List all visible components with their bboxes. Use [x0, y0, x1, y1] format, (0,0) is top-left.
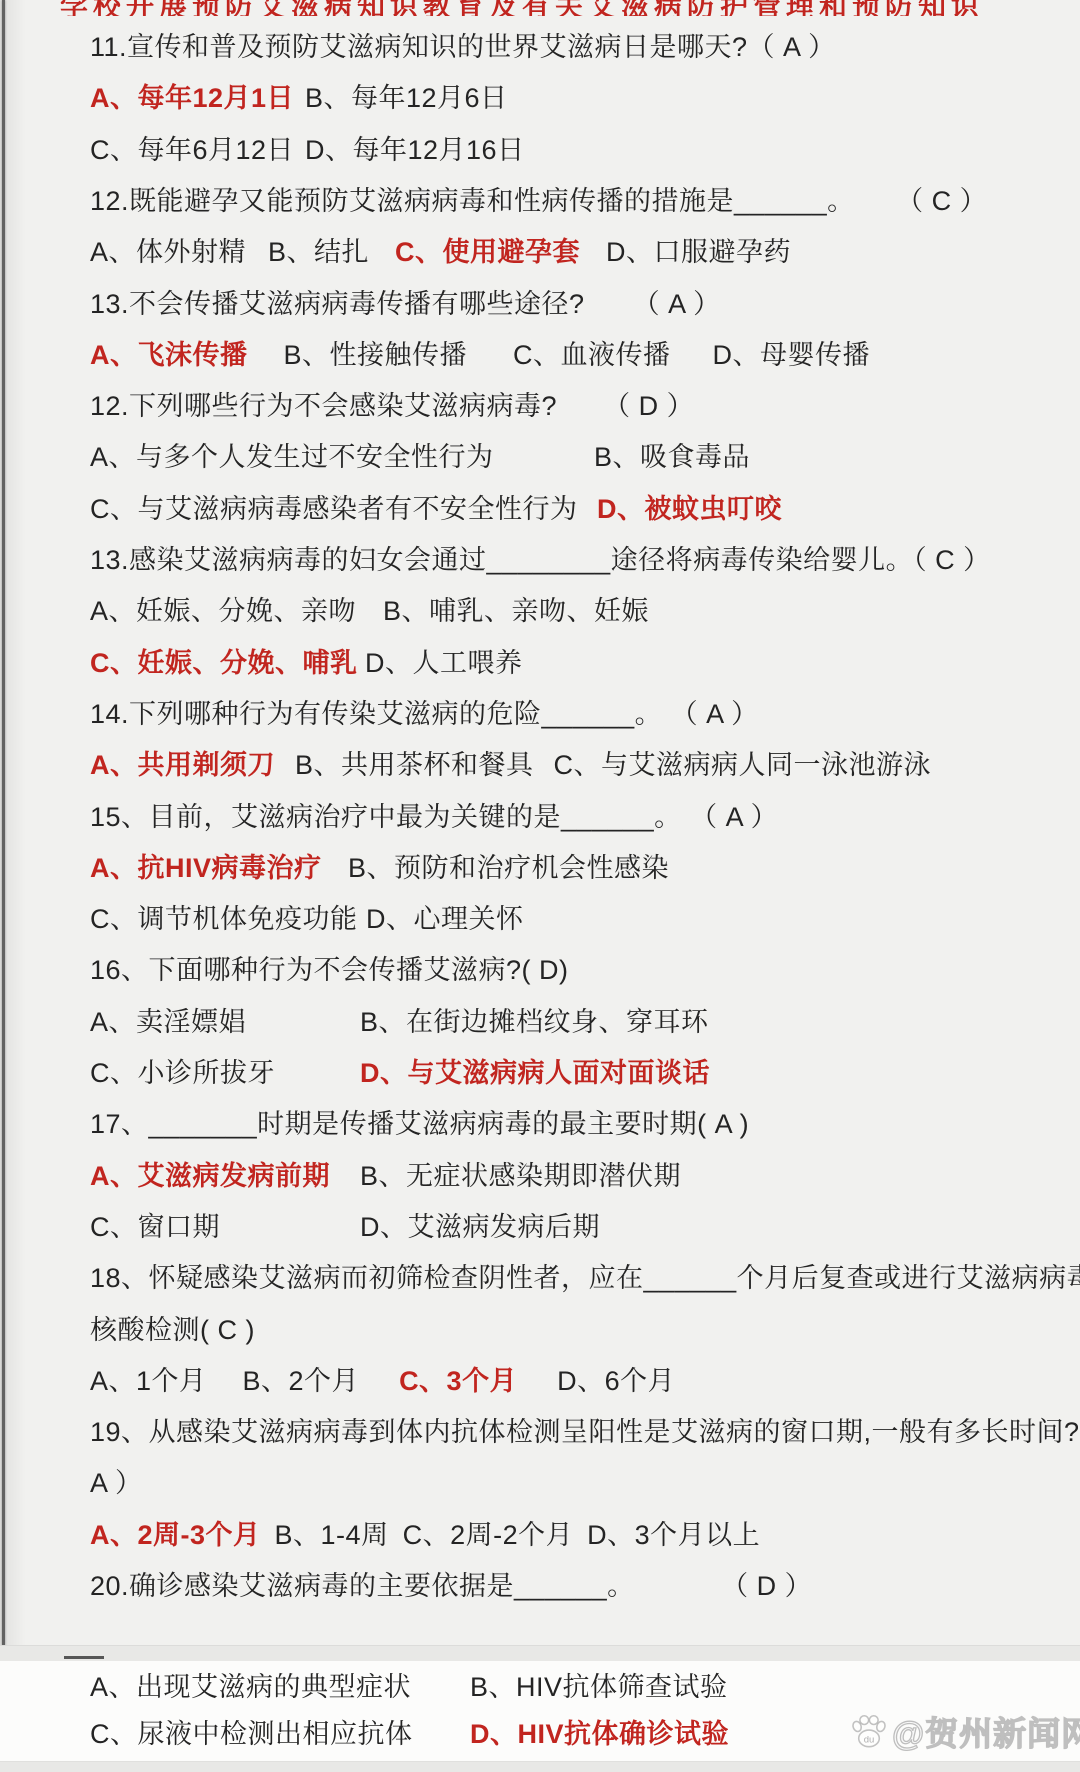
question-option-text: A ） — [90, 1468, 143, 1498]
question-15: 15、目前，艾滋病治疗中最为关键的是______。（ A ） — [90, 801, 1080, 834]
question-option-text: 11.宣传和普及预防艾滋病知识的世界艾滋病日是哪天?（ A ） — [90, 32, 836, 62]
question-19-line1: 19、从感染艾滋病病毒到体内抗体检测呈阳性是艾滋病的窗口期,一般有多长时间?（ — [90, 1416, 1080, 1449]
column-2: D、与艾滋病病人面对面谈话 — [360, 1057, 710, 1090]
question-option-text: A、出现艾滋病的典型症状 — [90, 1672, 411, 1702]
column-1: C、小诊所拔牙 — [90, 1057, 275, 1090]
question-option-text: 14.下列哪种行为有传染艾滋病的危险______。 — [90, 699, 662, 729]
question-option-text: 13.不会传播艾滋病病毒传播有哪些途径? — [90, 289, 585, 319]
bottom-band — [0, 1761, 1080, 1772]
column-1: C、妊娠、分娩、哺乳 — [90, 647, 358, 680]
question-option-text: （ D ） — [603, 391, 694, 421]
question-option-text: C、与艾滋病病人同一泳池游泳 — [554, 750, 932, 780]
answer-text-red: A、每年12月1日 — [90, 83, 294, 113]
question-option-text: C、血液传播 — [513, 340, 671, 370]
question-12b: 12.下列哪些行为不会感染艾滋病病毒?（ D ） — [90, 390, 1080, 423]
q16-options-ab: A、卖淫嫖娼B、在街边摊档纹身、穿耳环 — [90, 1006, 1080, 1039]
question-option-text: 18、怀疑感染艾滋病而初筛检查阴性者，应在______个月后复查或进行艾滋病病毒 — [90, 1263, 1080, 1293]
question-option-text: A、1个月 — [90, 1366, 207, 1396]
q20-options-ab: A、出现艾滋病的典型症状B、HIV抗体筛查试验 — [90, 1671, 1080, 1704]
question-option-text: （ A ） — [704, 802, 779, 832]
column-2: B、哺乳、亲吻、妊娠 — [383, 595, 649, 628]
question-option-text: 20.确诊感染艾滋病毒的主要依据是______。 — [90, 1571, 635, 1601]
question-13: 13.不会传播艾滋病病毒传播有哪些途径?（ A ） — [90, 288, 1080, 321]
column-2: D、人工喂养 — [365, 647, 523, 680]
question-option-text: D、6个月 — [557, 1366, 675, 1396]
question-11: 11.宣传和普及预防艾滋病知识的世界艾滋病日是哪天?（ A ） — [90, 31, 1080, 64]
watermark-text: @贺州新闻网 — [892, 1708, 1080, 1755]
page-break-dash — [64, 1656, 104, 1659]
column-1: C、窗口期 — [90, 1211, 220, 1244]
column-2: D、被蚊虫叮咬 — [597, 493, 782, 526]
column-2: B、预防和治疗机会性感染 — [348, 852, 669, 885]
question-option-text: B、HIV抗体筛查试验 — [470, 1672, 728, 1702]
question-option-text: 15、目前，艾滋病治疗中最为关键的是______。 — [90, 802, 682, 832]
quiz-document-page: 学校开展预防艾滋病知识教育及有关艾滋病防护管理和预防知识 11.宣传和普及预防艾… — [0, 0, 1080, 1772]
question-option-text: A、卖淫嫖娼 — [90, 1007, 246, 1037]
question-option-text: A、体外射精 — [90, 237, 246, 267]
q15-options-ab: A、抗HIV病毒治疗B、预防和治疗机会性感染 — [90, 852, 1080, 885]
column-1: C、调节机体免疫功能 — [90, 903, 358, 936]
column-1: C、尿液中检测出相应抗体 — [90, 1718, 413, 1751]
column-1: A、妊娠、分娩、亲吻 — [90, 595, 356, 628]
question-option-text: （ C ） — [910, 186, 988, 216]
answer-text-red: C、使用避孕套 — [395, 237, 580, 267]
question-option-text: C、窗口期 — [90, 1212, 220, 1242]
answer-text-red: A、共用剃须刀 — [90, 750, 275, 780]
answer-text-red: D、被蚊虫叮咬 — [597, 494, 782, 524]
column-2: B、HIV抗体筛查试验 — [470, 1671, 728, 1704]
question-option-text: B、共用茶杯和餐具 — [295, 750, 534, 780]
column-1: A、艾滋病发病前期 — [90, 1160, 330, 1193]
question-option-text: C、每年6月12日 — [90, 135, 294, 165]
question-option-text: （ A ） — [633, 289, 721, 319]
question-18-line2: 核酸检测( C ) — [90, 1314, 1080, 1347]
column-1: A、与多个人发生过不安全性行为 — [90, 441, 494, 474]
question-option-text: D、心理关怀 — [366, 904, 524, 934]
column-1: A、每年12月1日 — [90, 82, 294, 115]
q14-options: A、共用剃须刀B、共用茶杯和餐具C、与艾滋病病人同一泳池游泳 — [90, 749, 1080, 782]
q16-options-cd: C、小诊所拔牙D、与艾滋病病人面对面谈话 — [90, 1057, 1080, 1090]
question-option-text: B、预防和治疗机会性感染 — [348, 853, 669, 883]
question-18-line1: 18、怀疑感染艾滋病而初筛检查阴性者，应在______个月后复查或进行艾滋病病毒 — [90, 1262, 1080, 1295]
clipped-red-header-line: 学校开展预防艾滋病知识教育及有关艾滋病防护管理和预防知识 — [60, 0, 1060, 16]
question-option-text: C、小诊所拔牙 — [90, 1058, 275, 1088]
q17-options-ab: A、艾滋病发病前期B、无症状感染期即潜伏期 — [90, 1160, 1080, 1193]
question-option-text: C、调节机体免疫功能 — [90, 904, 358, 934]
answer-text-red: A、飞沫传播 — [90, 340, 248, 370]
question-option-text: 12.下列哪些行为不会感染艾滋病病毒? — [90, 391, 557, 421]
answer-text-red: C、3个月 — [399, 1366, 517, 1396]
question-option-text: C、与艾滋病病毒感染者有不安全性行为 — [90, 494, 578, 524]
column-1: C、每年6月12日 — [90, 134, 294, 167]
question-option-text: D、艾滋病发病后期 — [360, 1212, 600, 1242]
question-option-text: D、3个月以上 — [587, 1520, 760, 1550]
question-option-text: D、口服避孕药 — [606, 237, 791, 267]
question-option-text: B、哺乳、亲吻、妊娠 — [383, 596, 649, 626]
column-1: A、抗HIV病毒治疗 — [90, 852, 322, 885]
question-option-text: （ A ） — [684, 699, 759, 729]
question-option-text: 16、下面哪种行为不会传播艾滋病?( D) — [90, 955, 569, 985]
answer-text-red: A、抗HIV病毒治疗 — [90, 853, 322, 883]
question-option-text: B、1-4周 — [275, 1520, 389, 1550]
column-1: C、与艾滋病病毒感染者有不安全性行为 — [90, 493, 578, 526]
question-option-text: 19、从感染艾滋病病毒到体内抗体检测呈阳性是艾滋病的窗口期,一般有多长时间?（ — [90, 1417, 1080, 1447]
page-left-edge-line — [2, 0, 5, 1646]
question-option-text: 核酸检测( C ) — [90, 1315, 255, 1345]
column-2: D、艾滋病发病后期 — [360, 1211, 600, 1244]
q17-options-cd: C、窗口期D、艾滋病发病后期 — [90, 1211, 1080, 1244]
question-option-text: B、结扎 — [268, 237, 369, 267]
column-2: D、HIV抗体确诊试验 — [470, 1718, 729, 1751]
answer-text-red: C、妊娠、分娩、哺乳 — [90, 648, 358, 678]
watermark: du @贺州新闻网 — [850, 1708, 1080, 1755]
question-option-text: A、与多个人发生过不安全性行为 — [90, 442, 494, 472]
question-option-text: B、在街边摊档纹身、穿耳环 — [360, 1007, 709, 1037]
question-13b: 13.感染艾滋病病毒的妇女会通过________途径将病毒传染给婴儿。（ C ） — [90, 544, 1080, 577]
question-option-text: B、无症状感染期即潜伏期 — [360, 1161, 681, 1191]
column-2: D、每年12月16日 — [305, 134, 525, 167]
q11-options-cd: C、每年6月12日D、每年12月16日 — [90, 134, 1080, 167]
q11-options-ab: A、每年12月1日B、每年12月6日 — [90, 82, 1080, 115]
answer-text-red: A、2周-3个月 — [90, 1520, 261, 1550]
q13b-options-cd: C、妊娠、分娩、哺乳D、人工喂养 — [90, 647, 1080, 680]
question-option-text: D、人工喂养 — [365, 648, 523, 678]
baidu-paw-icon: du — [850, 1713, 888, 1751]
question-option-text: B、性接触传播 — [284, 340, 468, 370]
question-14: 14.下列哪种行为有传染艾滋病的危险______。（ A ） — [90, 698, 1080, 731]
question-16: 16、下面哪种行为不会传播艾滋病?( D) — [90, 954, 1080, 987]
question-option-text: 12.既能避孕又能预防艾滋病病毒和性病传播的措施是______。 — [90, 186, 855, 216]
column-2: B、无症状感染期即潜伏期 — [360, 1160, 681, 1193]
column-2: B、在街边摊档纹身、穿耳环 — [360, 1006, 709, 1039]
question-19-line2: A ） — [90, 1467, 1080, 1500]
question-20: 20.确诊感染艾滋病毒的主要依据是______。（ D ） — [90, 1570, 1080, 1603]
q19-options: A、2周-3个月B、1-4周C、2周-2个月D、3个月以上 — [90, 1519, 1080, 1552]
q12b-options-cd: C、与艾滋病病毒感染者有不安全性行为D、被蚊虫叮咬 — [90, 493, 1080, 526]
page-break-band — [0, 1645, 1080, 1662]
question-option-text: C、2周-2个月 — [403, 1520, 574, 1550]
q15-options-cd: C、调节机体免疫功能D、心理关怀 — [90, 903, 1080, 936]
question-option-text: B、吸食毒品 — [594, 442, 750, 472]
column-2: B、吸食毒品 — [594, 441, 750, 474]
question-option-text: A、妊娠、分娩、亲吻 — [90, 596, 356, 626]
column-1: A、卖淫嫖娼 — [90, 1006, 246, 1039]
question-option-text: D、每年12月16日 — [305, 135, 525, 165]
question-option-text: （ D ） — [735, 1571, 813, 1601]
q12-options: A、体外射精B、结扎C、使用避孕套D、口服避孕药 — [90, 236, 1080, 269]
question-17: 17、_______时期是传播艾滋病病毒的最主要时期( A ) — [90, 1108, 1080, 1141]
column-2: B、每年12月6日 — [305, 82, 508, 115]
question-option-text: D、母婴传播 — [713, 340, 871, 370]
paw-icon-label: du — [864, 1734, 875, 1745]
question-option-text: C、尿液中检测出相应抗体 — [90, 1719, 413, 1749]
question-option-text: 13.感染艾滋病病毒的妇女会通过________途径将病毒传染给婴儿。（ C ） — [90, 545, 991, 575]
answer-text-red: A、艾滋病发病前期 — [90, 1161, 330, 1191]
answer-text-red: D、与艾滋病病人面对面谈话 — [360, 1058, 710, 1088]
column-1: A、出现艾滋病的典型症状 — [90, 1671, 411, 1704]
q18-options: A、1个月B、2个月C、3个月D、6个月 — [90, 1365, 1080, 1398]
column-2: D、心理关怀 — [366, 903, 524, 936]
q13-options: A、飞沫传播B、性接触传播C、血液传播D、母婴传播 — [90, 339, 1080, 372]
question-option-text: 17、_______时期是传播艾滋病病毒的最主要时期( A ) — [90, 1109, 749, 1139]
answer-text-red: D、HIV抗体确诊试验 — [470, 1719, 729, 1749]
question-option-text: B、2个月 — [243, 1366, 360, 1396]
q13b-options-ab: A、妊娠、分娩、亲吻B、哺乳、亲吻、妊娠 — [90, 595, 1080, 628]
question-option-text: B、每年12月6日 — [305, 83, 508, 113]
q12b-options-ab: A、与多个人发生过不安全性行为B、吸食毒品 — [90, 441, 1080, 474]
clipped-red-text: 学校开展预防艾滋病知识教育及有关艾滋病防护管理和预防知识 — [60, 0, 1060, 16]
question-12: 12.既能避孕又能预防艾滋病病毒和性病传播的措施是______。（ C ） — [90, 185, 1080, 218]
